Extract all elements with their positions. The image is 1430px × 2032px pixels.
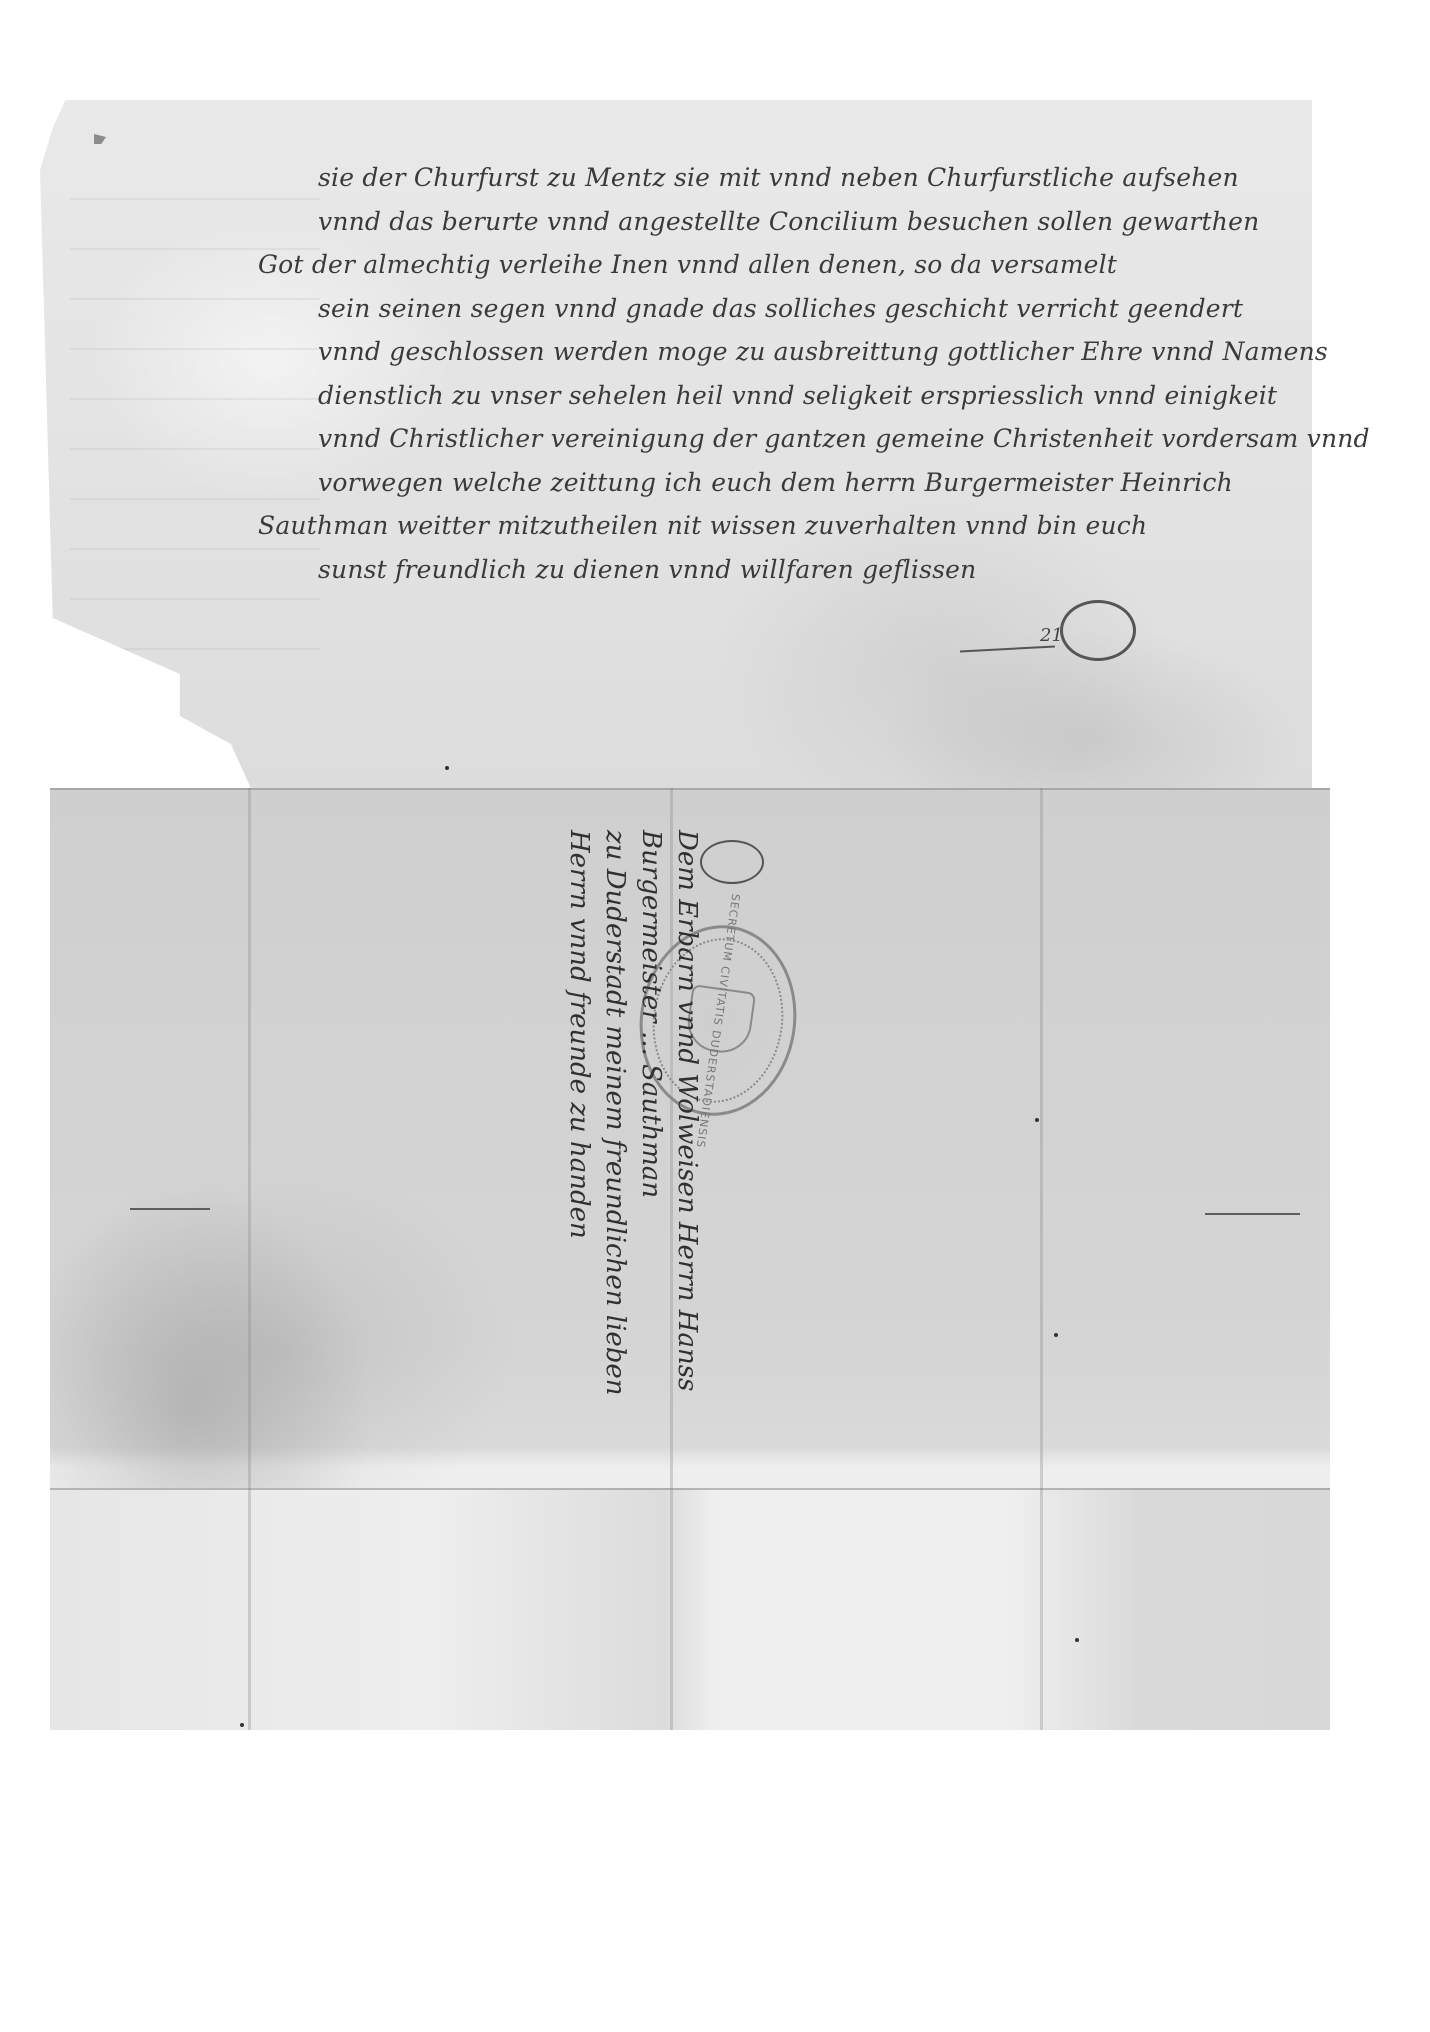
letter-body: sie der Churfurst zu Mentz sie mit vnnd … xyxy=(318,156,1318,591)
letter-line: Got der almechtig verleihe Inen vnnd all… xyxy=(258,243,1318,287)
letter-line: dienstlich zu vnser sehelen heil vnnd se… xyxy=(318,374,1318,418)
fold-line-horizontal xyxy=(50,1488,1330,1490)
letter-line: vnnd das berurte vnnd angestellte Concil… xyxy=(318,200,1318,244)
faded-bleedthrough-text xyxy=(70,160,320,680)
closing-mark: 21 xyxy=(1040,625,1063,646)
letter-line: vnnd Christlicher vereinigung der gantze… xyxy=(318,417,1318,461)
address-line: zu Duderstadt meinem freundlichen lieben xyxy=(597,830,633,1396)
fold-line-vertical xyxy=(1040,788,1043,1730)
margin-dash-left xyxy=(130,1208,210,1210)
fold-line-horizontal xyxy=(50,788,1330,790)
address-flourish xyxy=(700,840,764,884)
address-line: Herrn vnnd freunde zu handen xyxy=(561,830,597,1396)
fold-line-vertical xyxy=(248,788,251,1730)
letter-line: sie der Churfurst zu Mentz sie mit vnnd … xyxy=(318,156,1318,200)
letter-line: Sauthman weitter mitzutheilen nit wissen… xyxy=(258,504,1318,548)
address-line: Burgermeister ... Sauthman xyxy=(633,830,669,1396)
ink-speck xyxy=(1035,1118,1039,1122)
letter-line: vorwegen welche zeittung ich euch dem he… xyxy=(318,461,1318,505)
bottom-flap xyxy=(50,1488,1330,1730)
ink-speck xyxy=(1075,1638,1079,1642)
margin-dash-right xyxy=(1205,1213,1300,1215)
letter-line: sein seinen segen vnnd gnade das sollich… xyxy=(318,287,1318,331)
ink-speck xyxy=(240,1723,244,1727)
closing-flourish xyxy=(1060,600,1136,661)
letter-line: sunst freundlich zu dienen vnnd willfare… xyxy=(318,548,1318,592)
address-line: Dem Erbarn vnnd Wolweisen Herrn Hanss xyxy=(669,830,705,1396)
corner-ink-mark xyxy=(94,134,106,144)
ink-speck xyxy=(445,766,449,770)
letter-line: vnnd geschlossen werden moge zu ausbreit… xyxy=(318,330,1318,374)
address-block: Dem Erbarn vnnd Wolweisen Herrn Hanss Bu… xyxy=(561,830,705,1396)
ink-speck xyxy=(1054,1333,1058,1337)
